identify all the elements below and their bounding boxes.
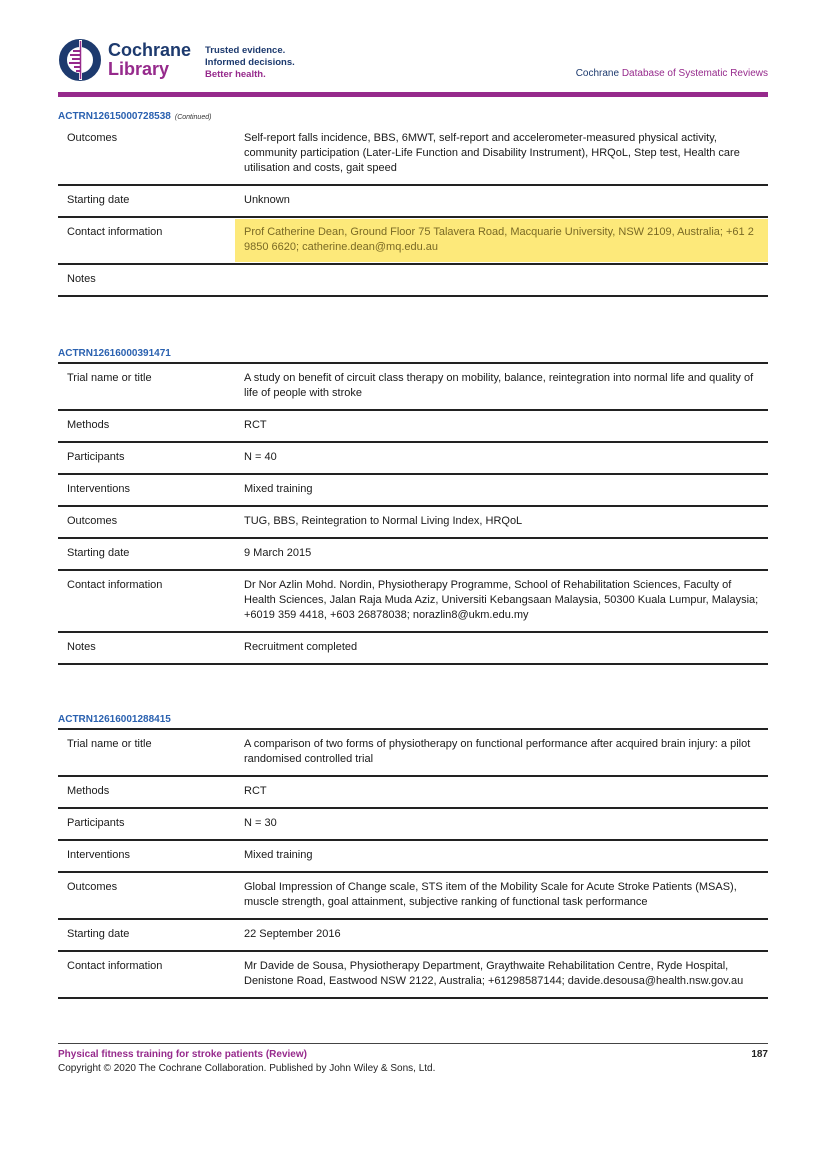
page-header: Cochrane Library Trusted evidence. Infor… [58,38,768,98]
copyright: Copyright © 2020 The Cochrane Collaborat… [58,1063,435,1074]
review-title: Physical fitness training for stroke pat… [58,1049,307,1060]
table-row: Notes [58,264,768,296]
table-row: Starting date9 March 2015 [58,538,768,570]
table-row: Contact informationDr Nor Azlin Mohd. No… [58,570,768,632]
table-row: Trial name or titleA study on benefit of… [58,363,768,410]
trial-id-heading: ACTRN12616001288415 [58,714,171,725]
trial-id-heading: ACTRN12616000391471 [58,348,171,359]
table-row: Outcomes Self-report falls incidence, BB… [58,124,768,185]
table-row: OutcomesTUG, BBS, Reintegration to Norma… [58,506,768,538]
table-row: ParticipantsN = 40 [58,442,768,474]
database-name: Cochrane Database of Systematic Reviews [576,68,768,79]
table-row: NotesRecruitment completed [58,632,768,664]
table-row: Starting date Unknown [58,185,768,217]
table-row: MethodsRCT [58,410,768,442]
cochrane-logo-icon [58,38,102,82]
table-row: Starting date22 September 2016 [58,919,768,951]
trial-table: Outcomes Self-report falls incidence, BB… [58,124,768,297]
table-row: OutcomesGlobal Impression of Change scal… [58,872,768,919]
highlighted-text: Prof Catherine Dean, Ground Floor 75 Tal… [235,219,768,262]
trial-id-heading: ACTRN12615000728538(Continued) [58,111,211,122]
page-number: 187 [751,1049,768,1060]
table-row: Contact information Prof Catherine Dean,… [58,217,768,264]
table-row: Trial name or titleA comparison of two f… [58,729,768,776]
header-bar [58,92,768,97]
brand-name: Cochrane Library [108,41,191,79]
table-row: InterventionsMixed training [58,474,768,506]
trial-table: Trial name or titleA comparison of two f… [58,728,768,999]
table-row: ParticipantsN = 30 [58,808,768,840]
table-row: InterventionsMixed training [58,840,768,872]
trial-table: Trial name or titleA study on benefit of… [58,362,768,665]
tagline: Trusted evidence. Informed decisions. Be… [205,45,295,81]
table-row: MethodsRCT [58,776,768,808]
table-row: Contact informationMr Davide de Sousa, P… [58,951,768,998]
footer-divider [58,1043,768,1044]
